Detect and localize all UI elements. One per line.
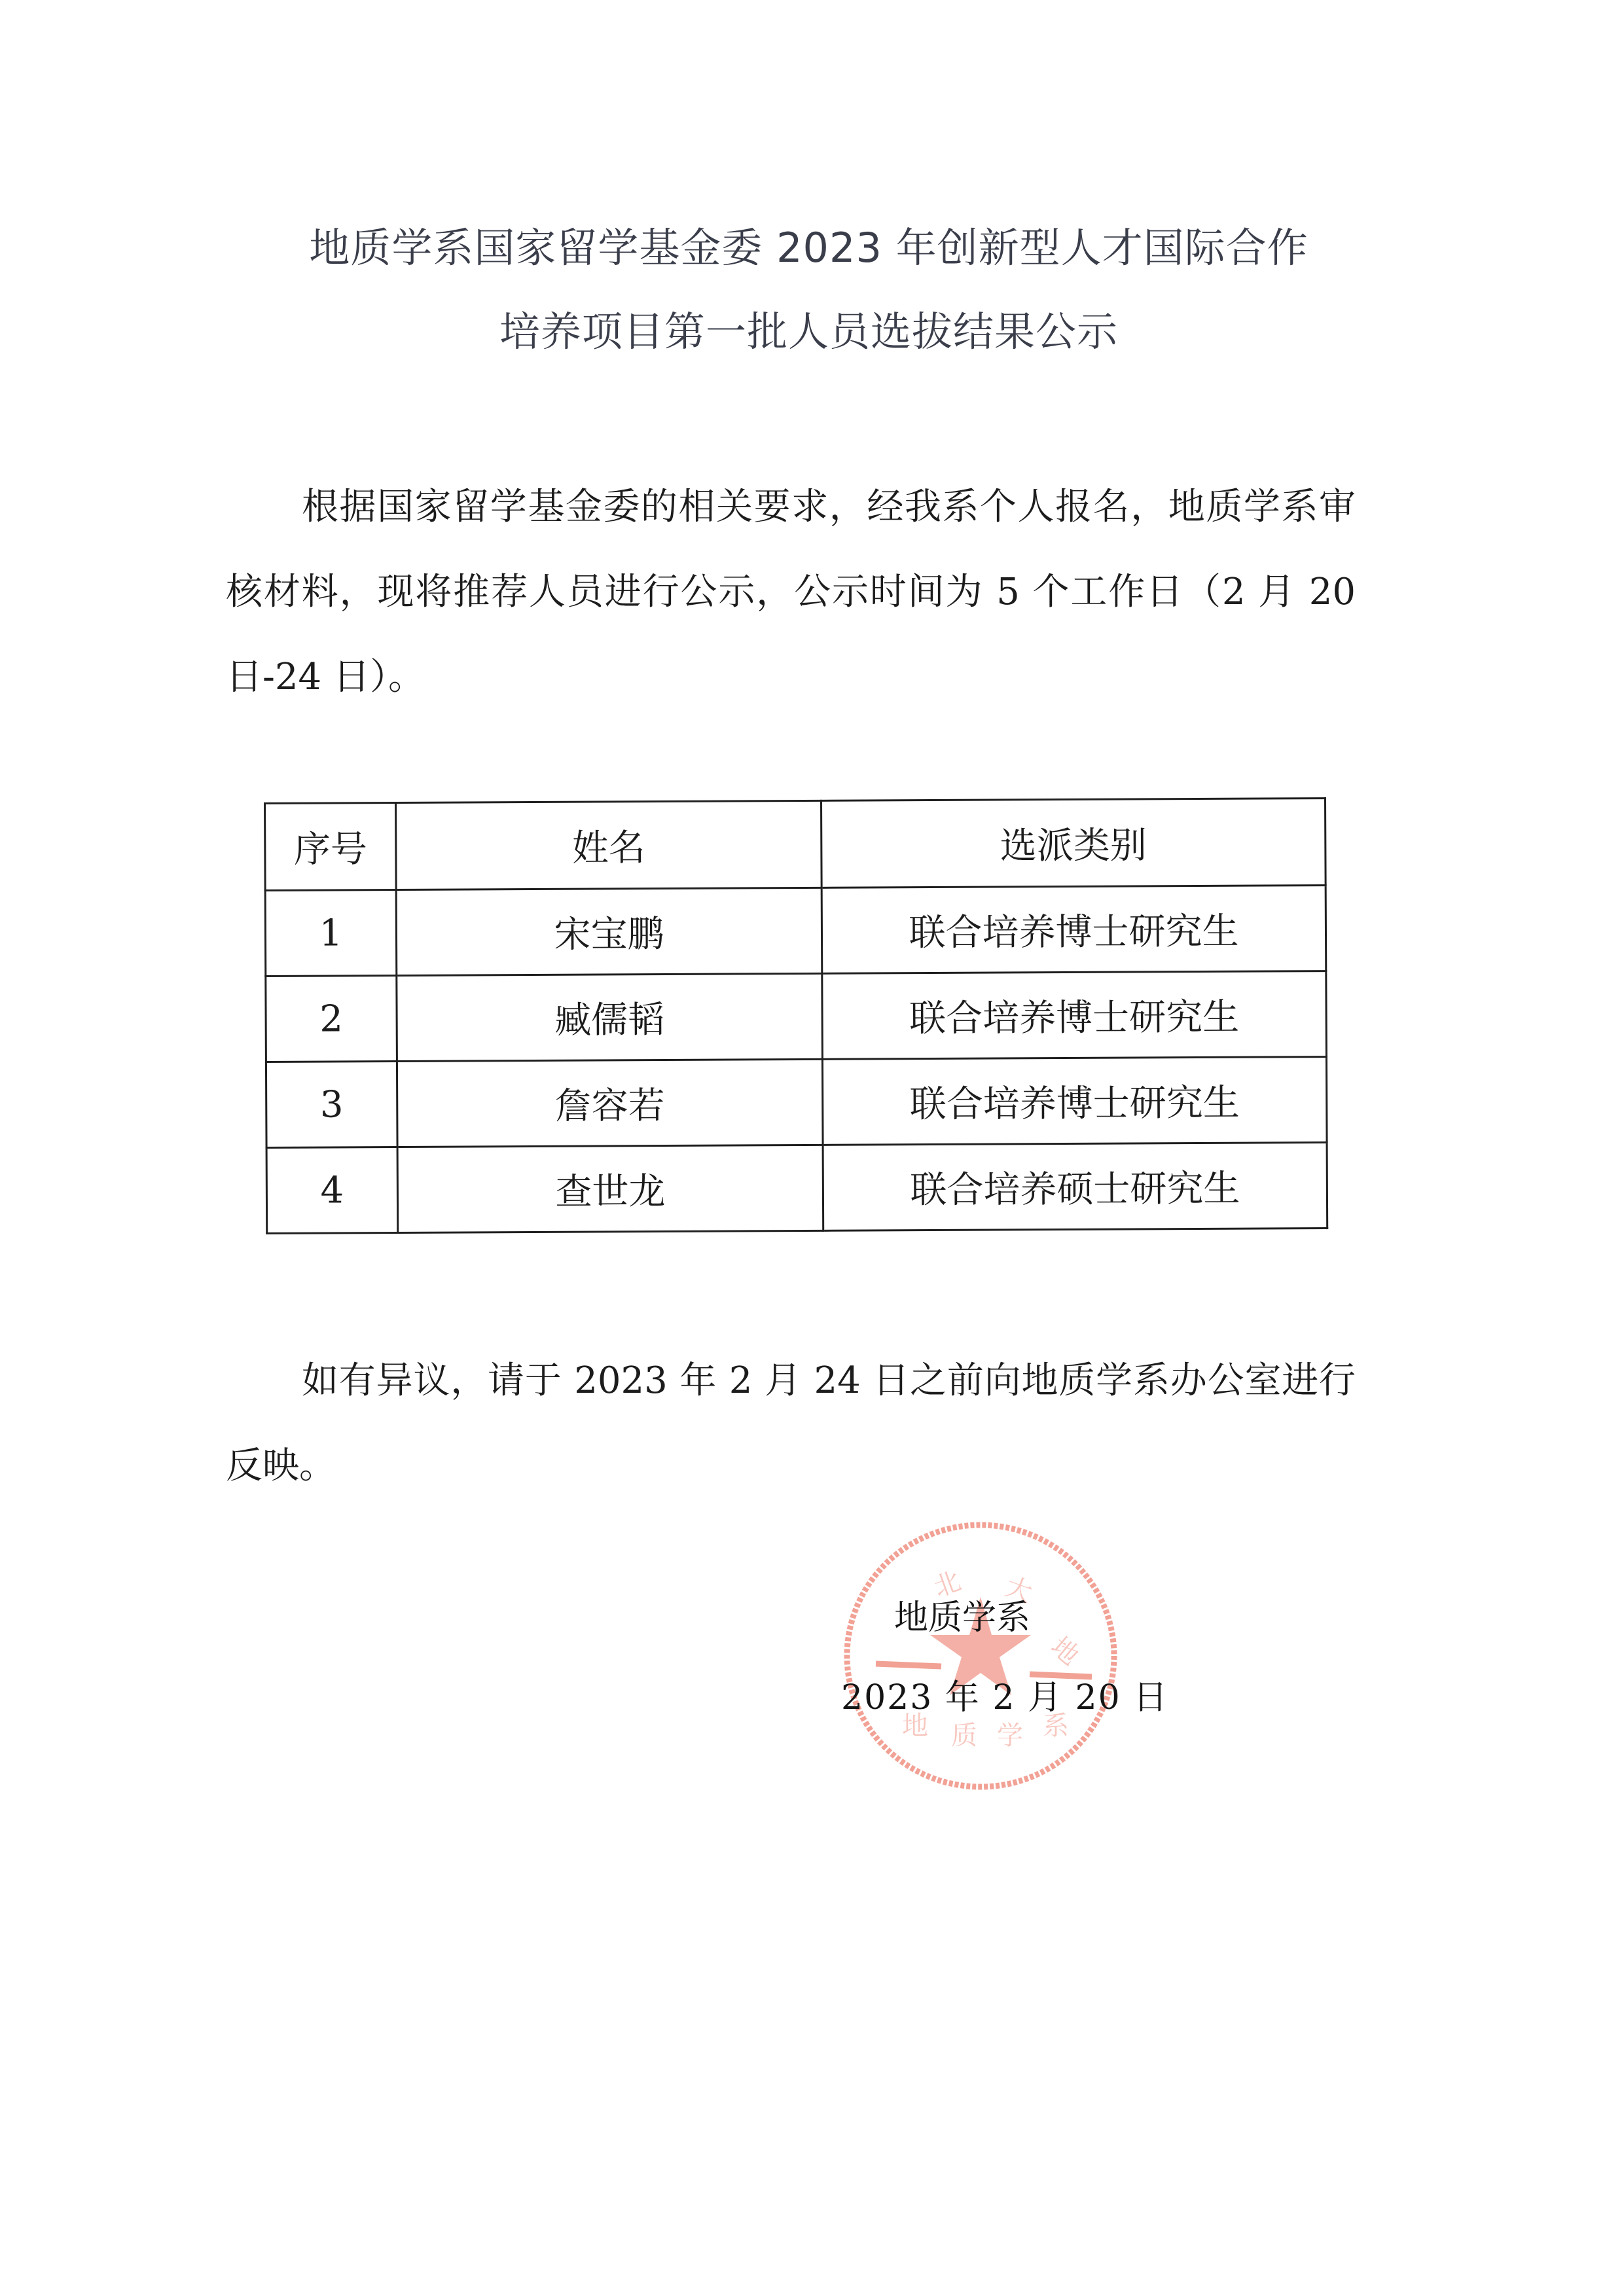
table-row: 1 宋宝鹏 联合培养博士研究生 [265, 886, 1326, 977]
cell-number: 2 [266, 976, 397, 1062]
header-category: 选派类别 [821, 798, 1326, 888]
table-row: 2 臧儒韬 联合培养博士研究生 [266, 971, 1327, 1062]
document-title-line-1: 地质学系国家留学基金委 2023 年创新型人才国际合作 [0, 228, 1621, 268]
cell-name: 宋宝鹏 [396, 888, 822, 975]
svg-text:北: 北 [930, 1566, 965, 1603]
signature-organization: 地质学系 [894, 1601, 1030, 1635]
cell-category: 联合培养博士研究生 [822, 971, 1327, 1060]
intro-paragraph: 根据国家留学基金委的相关要求，经我系个人报名，地质学系审核材料，现将推荐人员进行… [226, 465, 1356, 720]
cell-number: 3 [266, 1062, 397, 1148]
cell-category: 联合培养博士研究生 [821, 886, 1326, 974]
cell-category: 联合培养博士研究生 [822, 1057, 1327, 1145]
cell-name: 查世龙 [397, 1145, 823, 1232]
document-title-line-2: 培养项目第一批人员选拔结果公示 [0, 312, 1621, 352]
header-number: 序号 [265, 803, 397, 891]
document-page: 地质学系国家留学基金委 2023 年创新型人才国际合作 培养项目第一批人员选拔结… [0, 0, 1624, 2296]
svg-text:学: 学 [997, 1721, 1023, 1751]
cell-name: 臧儒韬 [397, 973, 823, 1061]
table-header-row: 序号 姓名 选派类别 [265, 798, 1326, 891]
signature-date: 2023 年 2 月 20 日 [841, 1681, 1168, 1715]
svg-text:质: 质 [951, 1721, 977, 1751]
table-row: 3 詹容若 联合培养博士研究生 [266, 1057, 1327, 1148]
closing-paragraph: 如有异议，请于 2023 年 2 月 24 日之前向地质学系办公室进行反映。 [226, 1338, 1356, 1509]
cell-number: 1 [265, 890, 397, 977]
cell-category: 联合培养硕士研究生 [823, 1143, 1327, 1231]
selection-results-table: 序号 姓名 选派类别 1 宋宝鹏 联合培养博士研究生 2 臧儒韬 联合培养博士研… [264, 797, 1326, 1234]
official-seal-icon: 北 大 地 地 质 学 系 [840, 1518, 1121, 1793]
header-name: 姓名 [396, 800, 822, 889]
cell-number: 4 [266, 1147, 398, 1234]
svg-text:地: 地 [1045, 1631, 1085, 1671]
cell-name: 詹容若 [397, 1059, 823, 1147]
table-row: 4 查世龙 联合培养硕士研究生 [266, 1143, 1327, 1234]
